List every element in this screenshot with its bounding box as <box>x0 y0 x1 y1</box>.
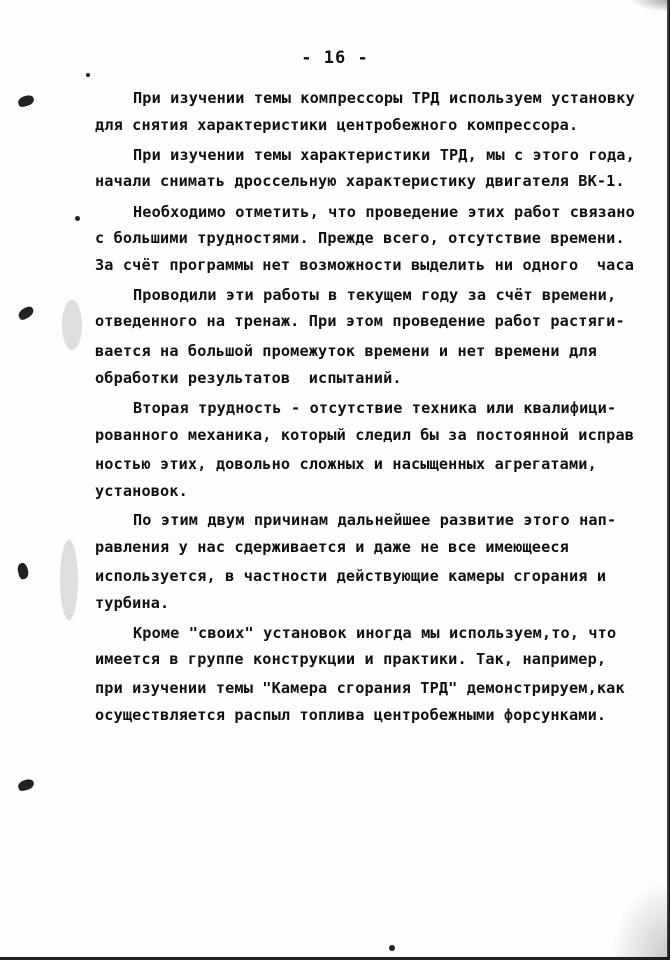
text-line: начали снимать дроссельную характеристик… <box>95 171 625 191</box>
text-line: имеется в группе конструкции и практики.… <box>95 649 606 669</box>
speck <box>86 73 90 77</box>
text-line: При изучении темы компрессоры ТРД исполь… <box>133 88 635 108</box>
speck <box>75 216 80 221</box>
text-line: с большими трудностями. Прежде всего, от… <box>95 228 625 248</box>
text-line: равления у нас сдерживается и даже не вс… <box>95 537 569 557</box>
text-line: осуществляется распыл топлива центробежн… <box>95 705 606 725</box>
text-line: Кроме "своих" установок иногда мы исполь… <box>133 623 616 643</box>
text-line: вается на большой промежуток времени и н… <box>95 341 597 361</box>
smudge <box>60 540 78 620</box>
text-line: обработки результатов испытаний. <box>95 368 402 388</box>
text-line: Вторая трудность - отсутствие техника ил… <box>133 398 616 418</box>
text-line: По этим двум причинам дальнейшее развити… <box>133 510 616 530</box>
text-line: турбина. <box>95 593 169 613</box>
text-line: ностью этих, довольно сложных и насыщенн… <box>95 454 597 474</box>
text-line: рованного механика, который следил бы за… <box>95 425 634 445</box>
margin-mark <box>17 305 36 322</box>
scan-shadow <box>630 0 670 12</box>
text-line: используется, в частности действующие ка… <box>95 566 606 586</box>
document-page: - 16 - При изучении темы компрессоры ТРД… <box>0 0 670 960</box>
text-line: Проводили эти работы в текущем году за с… <box>133 285 616 305</box>
text-line: при изучении темы "Камера сгорания ТРД" … <box>95 678 625 698</box>
text-line: отведенного на тренаж. При этом проведен… <box>95 311 625 331</box>
page-number: - 16 - <box>0 48 670 68</box>
smudge <box>62 300 82 350</box>
margin-mark <box>17 778 35 792</box>
text-line: для снятия характеристики центробежного … <box>95 115 578 135</box>
margin-mark <box>17 94 35 108</box>
text-line: Необходимо отметить, что проведение этих… <box>133 202 635 222</box>
text-line: За счёт программы нет возможности выдели… <box>95 255 634 275</box>
speck <box>389 945 395 951</box>
text-line: При изучении темы характеристики ТРД, мы… <box>133 145 635 165</box>
margin-mark <box>16 562 30 580</box>
text-line: установок. <box>95 481 188 501</box>
scan-shadow <box>610 880 670 960</box>
